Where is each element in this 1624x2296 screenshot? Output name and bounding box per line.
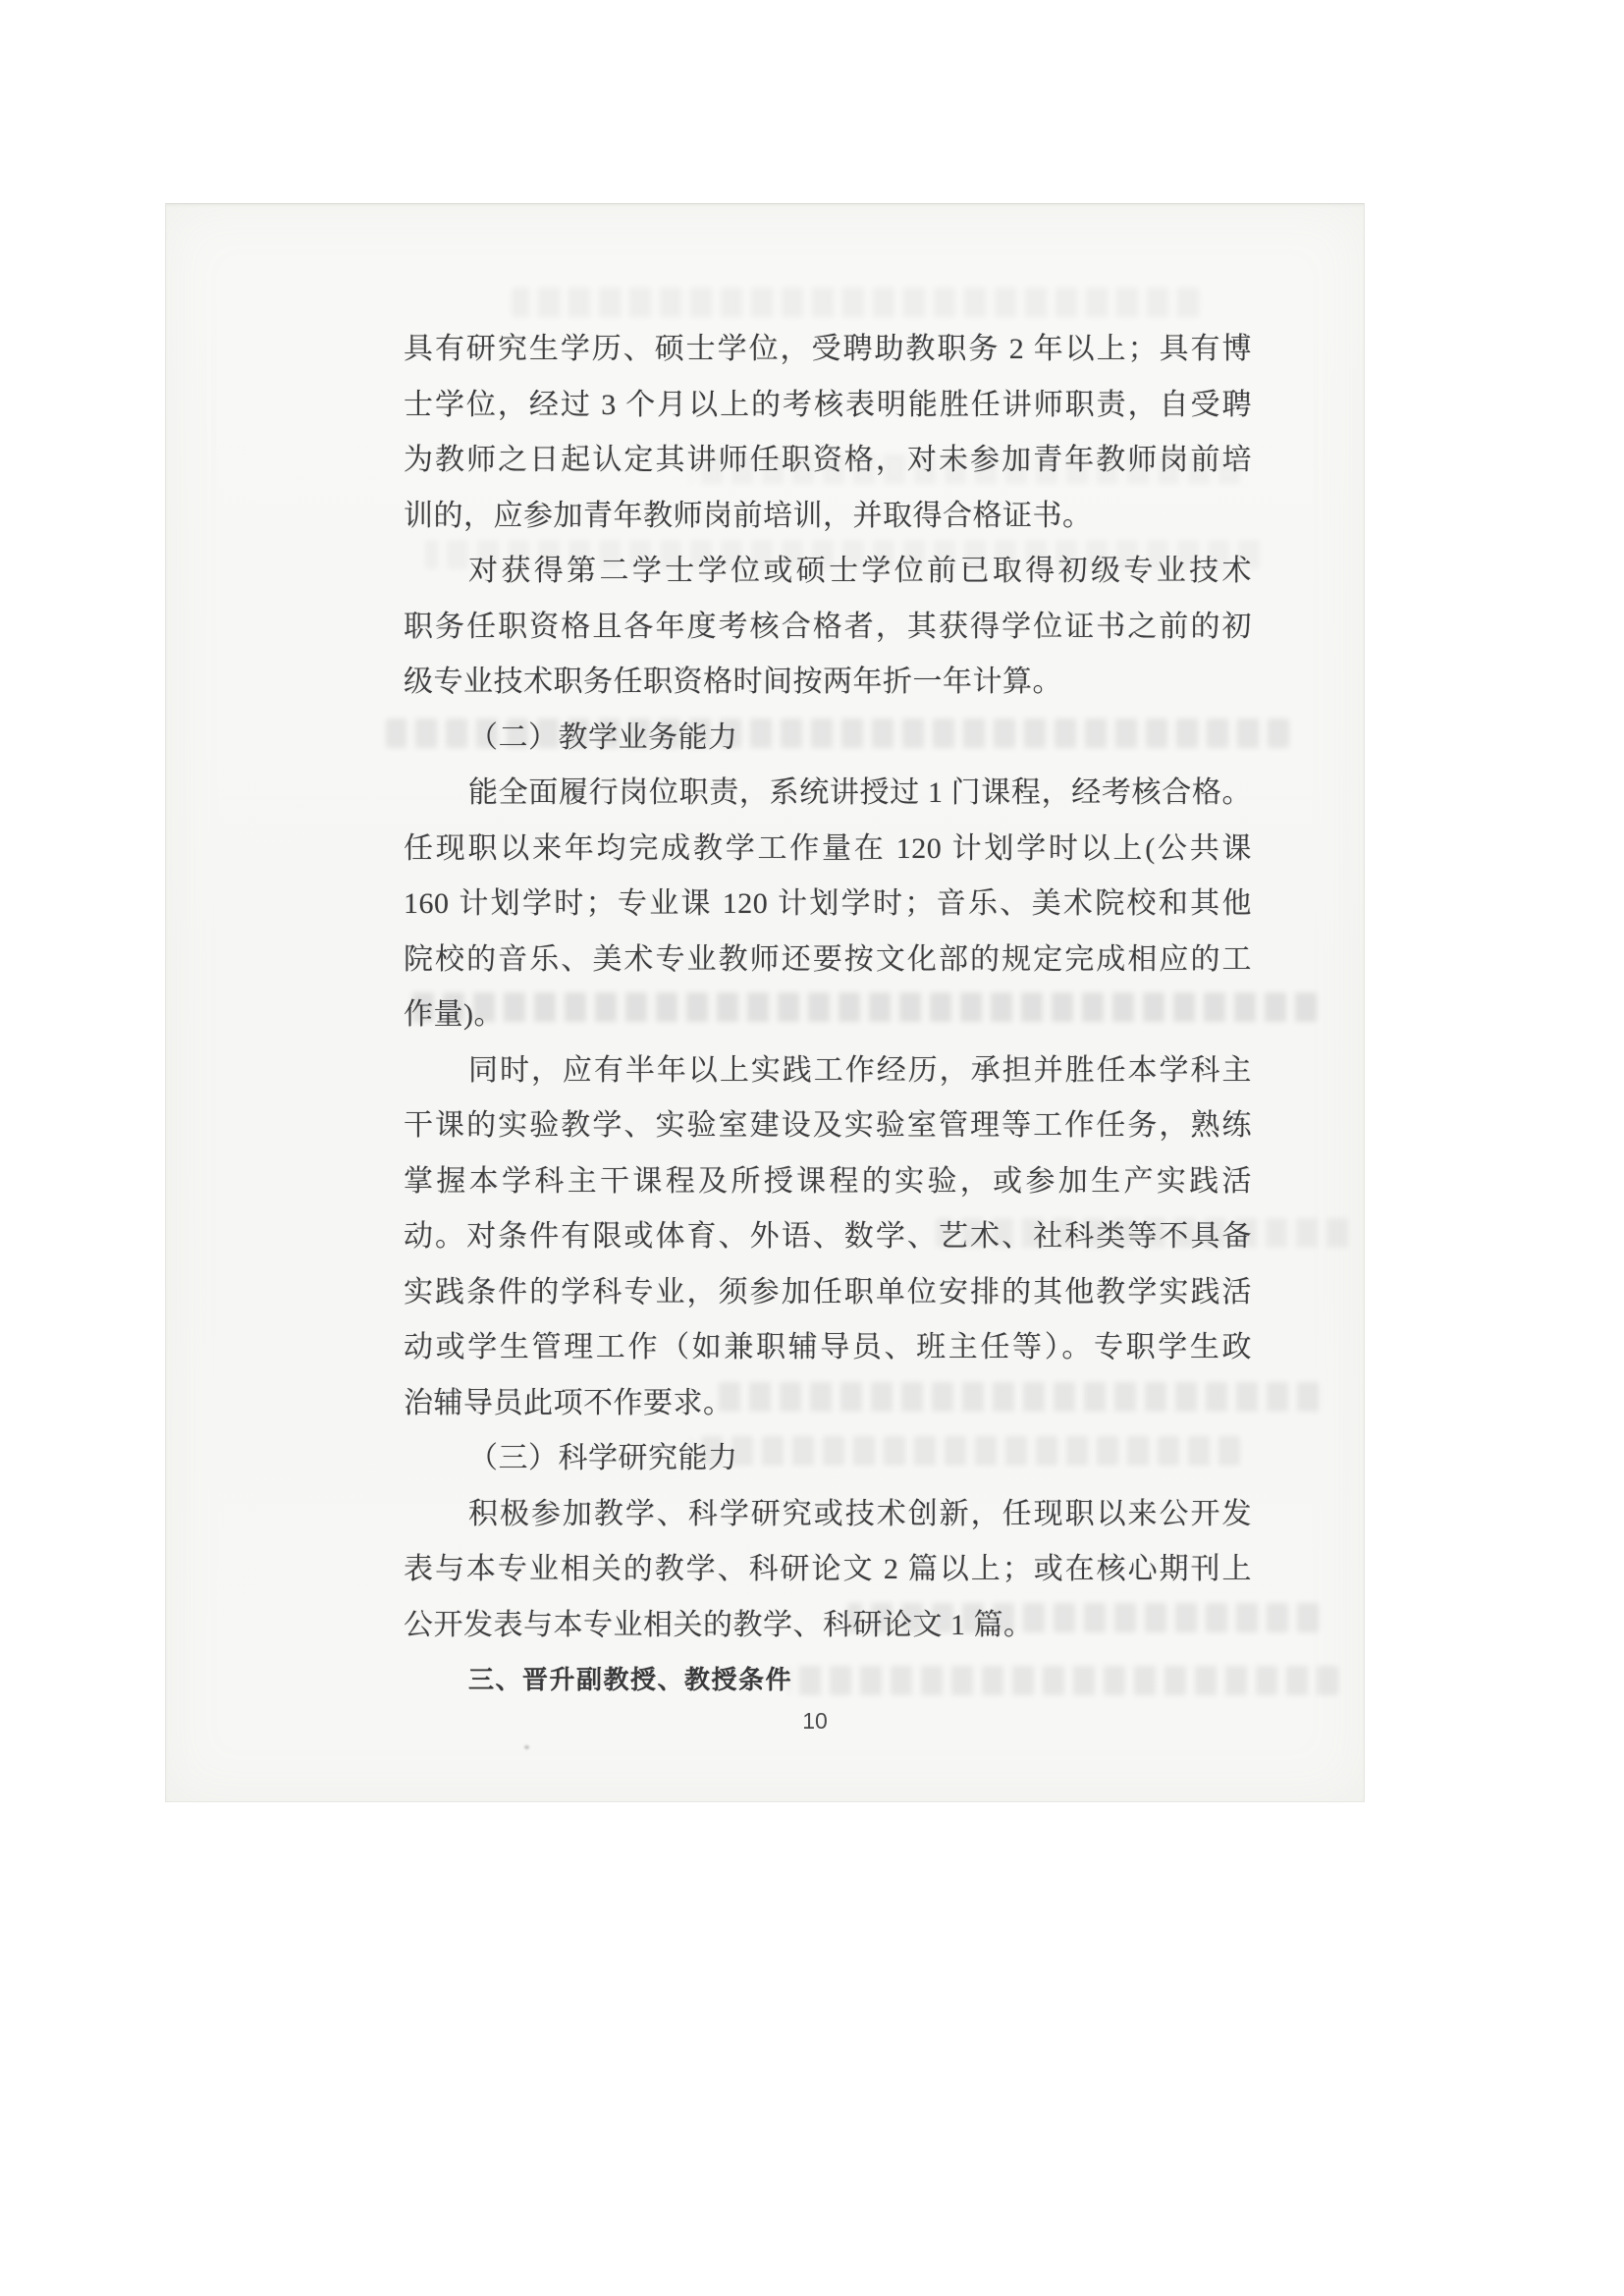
text-line: 动。对条件有限或体育、外语、数学、艺术、社科类等不具备 xyxy=(404,1209,1252,1265)
text-line: 表与本专业相关的教学、科研论文 2 篇以上；或在核心期刊上 xyxy=(404,1542,1252,1598)
document-text: 具有研究生学历、硕士学位，受聘助教职务 2 年以上；具有博 士学位，经过 3 个… xyxy=(404,322,1252,1709)
document-page: 具有研究生学历、硕士学位，受聘助教职务 2 年以上；具有博 士学位，经过 3 个… xyxy=(165,203,1365,1802)
text-line: 具有研究生学历、硕士学位，受聘助教职务 2 年以上；具有博 xyxy=(404,322,1252,378)
text-line: 能全面履行岗位职责，系统讲授过 1 门课程，经考核合格。 xyxy=(404,766,1252,822)
text-line: 士学位，经过 3 个月以上的考核表明能胜任讲师职责，自受聘 xyxy=(404,378,1252,434)
scanned-document: 具有研究生学历、硕士学位，受聘助教职务 2 年以上；具有博 士学位，经过 3 个… xyxy=(0,0,1624,2296)
text-line: 对获得第二学士学位或硕士学位前已取得初级专业技术 xyxy=(404,544,1252,600)
text-line: 作量)。 xyxy=(404,988,1252,1043)
text-line: 同时，应有半年以上实践工作经历，承担并胜任本学科主 xyxy=(404,1043,1252,1099)
chapter-heading: 三、晋升副教授、教授条件 xyxy=(404,1653,1252,1709)
text-line: 160 计划学时；专业课 120 计划学时；音乐、美术院校和其他 xyxy=(404,877,1252,933)
text-line: 训的，应参加青年教师岗前培训，并取得合格证书。 xyxy=(404,489,1252,545)
text-line: 干课的实验教学、实验室建设及实验室管理等工作任务，熟练 xyxy=(404,1098,1252,1154)
text-line: 实践条件的学科专业，须参加任职单位安排的其他教学实践活 xyxy=(404,1265,1252,1321)
text-line: 积极参加教学、科学研究或技术创新，任现职以来公开发 xyxy=(404,1487,1252,1543)
section-heading: （二）教学业务能力 xyxy=(404,711,1252,767)
text-line: 职务任职资格且各年度考核合格者，其获得学位证书之前的初 xyxy=(404,600,1252,656)
text-line: 院校的音乐、美术专业教师还要按文化部的规定完成相应的工 xyxy=(404,933,1252,988)
text-line: 动或学生管理工作（如兼职辅导员、班主任等）。专职学生政 xyxy=(404,1320,1252,1376)
scan-speck xyxy=(524,1745,529,1749)
page-number: 10 xyxy=(766,1708,864,1735)
text-line: 掌握本学科主干课程及所授课程的实验，或参加生产实践活 xyxy=(404,1154,1252,1210)
bleedthrough-artifact xyxy=(512,288,1199,317)
text-line: 为教师之日起认定其讲师任职资格，对未参加青年教师岗前培 xyxy=(404,433,1252,489)
text-line: 级专业技术职务任职资格时间按两年折一年计算。 xyxy=(404,655,1252,711)
text-line: 治辅导员此项不作要求。 xyxy=(404,1376,1252,1432)
text-line: 公开发表与本专业相关的教学、科研论文 1 篇。 xyxy=(404,1598,1252,1654)
section-heading: （三）科学研究能力 xyxy=(404,1431,1252,1487)
text-line: 任现职以来年均完成教学工作量在 120 计划学时以上(公共课 xyxy=(404,822,1252,878)
